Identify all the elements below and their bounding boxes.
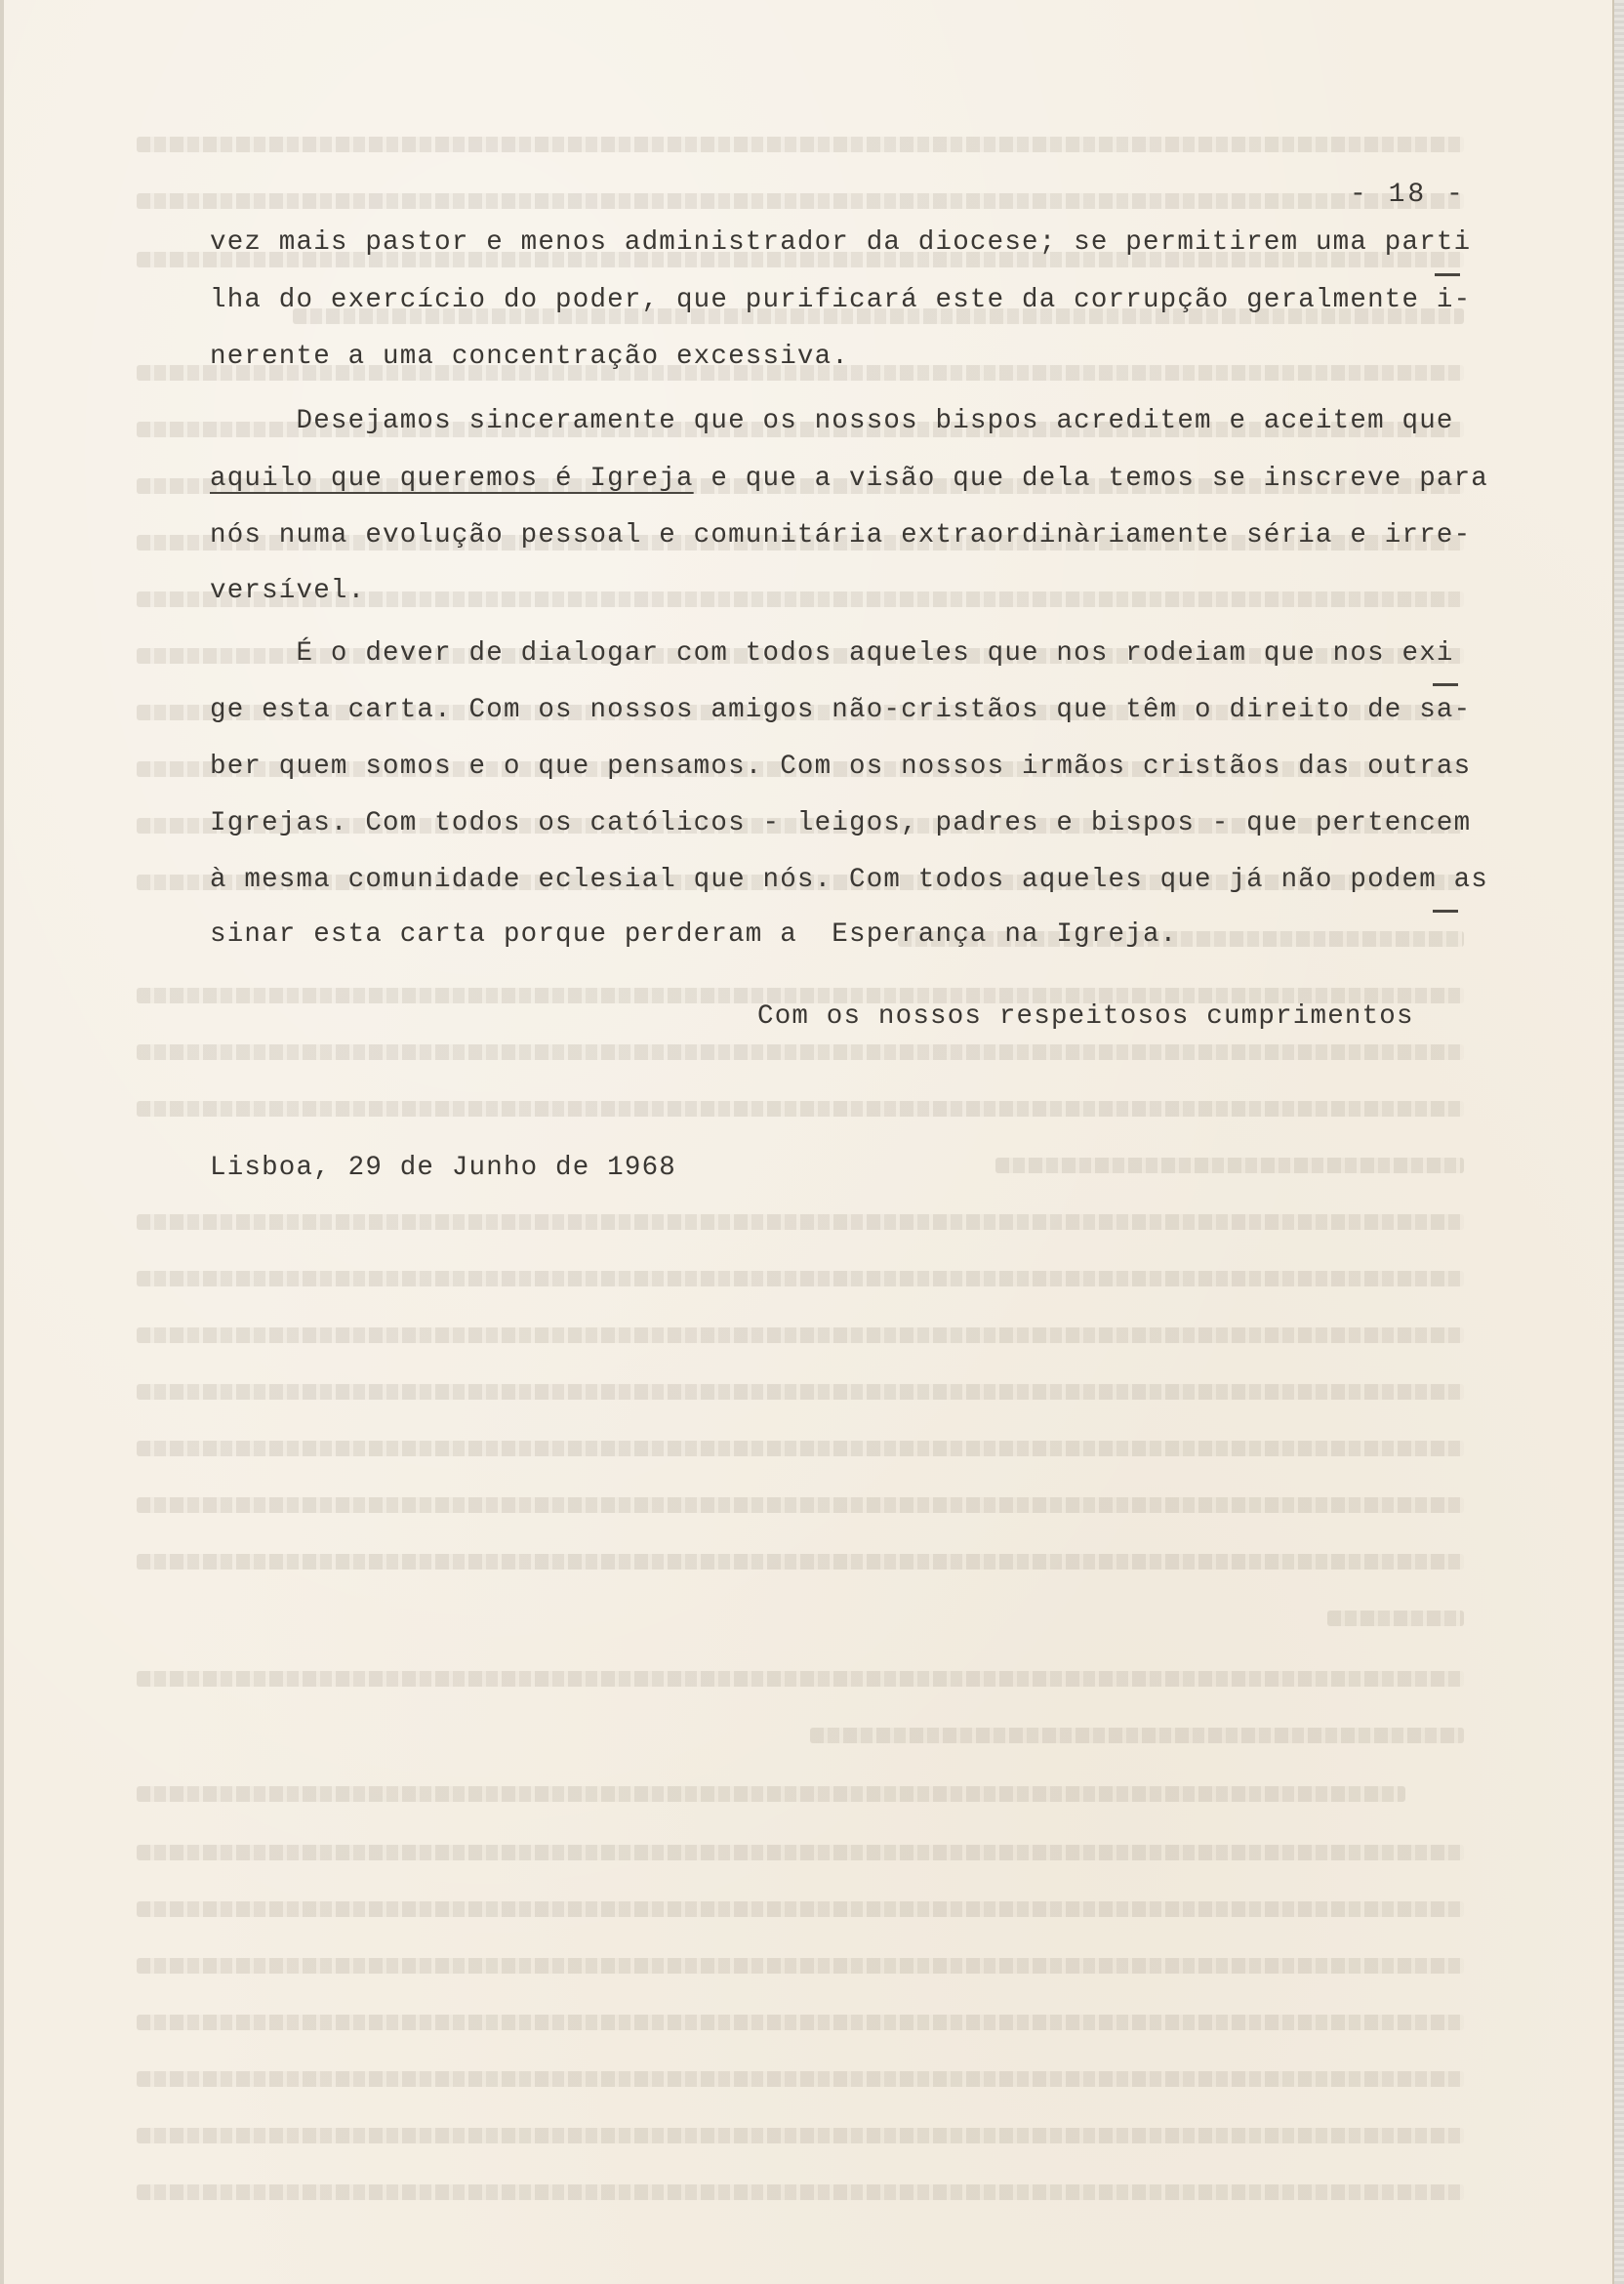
page-left-edge bbox=[0, 0, 4, 2284]
scan-border bbox=[1612, 0, 1624, 2284]
hyphen-mark bbox=[1433, 910, 1458, 913]
closing-salutation: Com os nossos respeitosos cumprimentos bbox=[757, 1003, 1414, 1031]
underlined-phrase: aquilo que queremos é Igreja bbox=[210, 464, 694, 494]
text-line: ber quem somos e o que pensamos. Com os … bbox=[210, 754, 1471, 781]
text-line: sinar esta carta porque perderam a Esper… bbox=[210, 921, 1177, 949]
text-line: ge esta carta. Com os nossos amigos não-… bbox=[210, 697, 1471, 724]
page-number: - 18 - bbox=[1350, 182, 1466, 209]
text-line: nerente a uma concentração excessiva. bbox=[210, 344, 849, 371]
hyphen-mark bbox=[1435, 273, 1460, 276]
line-rest: e que a visão que dela temos se inscreve… bbox=[694, 464, 1488, 494]
text-line: É o dever de dialogar com todos aqueles … bbox=[210, 640, 1454, 668]
text-line-underlined: aquilo que queremos é Igreja e que a vis… bbox=[210, 466, 1488, 493]
text-line: Desejamos sinceramente que os nossos bis… bbox=[210, 408, 1454, 435]
text-line: à mesma comunidade eclesial que nós. Com… bbox=[210, 867, 1488, 894]
text-line: versível. bbox=[210, 578, 365, 605]
place-and-date: Lisboa, 29 de Junho de 1968 bbox=[210, 1155, 676, 1182]
text-line: nós numa evolução pessoal e comunitária … bbox=[210, 522, 1471, 550]
text-line: Igrejas. Com todos os católicos - leigos… bbox=[210, 810, 1471, 837]
text-line: vez mais pastor e menos administrador da… bbox=[210, 229, 1471, 257]
text-line: lha do exercício do poder, que purificar… bbox=[210, 287, 1471, 314]
hyphen-mark bbox=[1433, 683, 1458, 686]
